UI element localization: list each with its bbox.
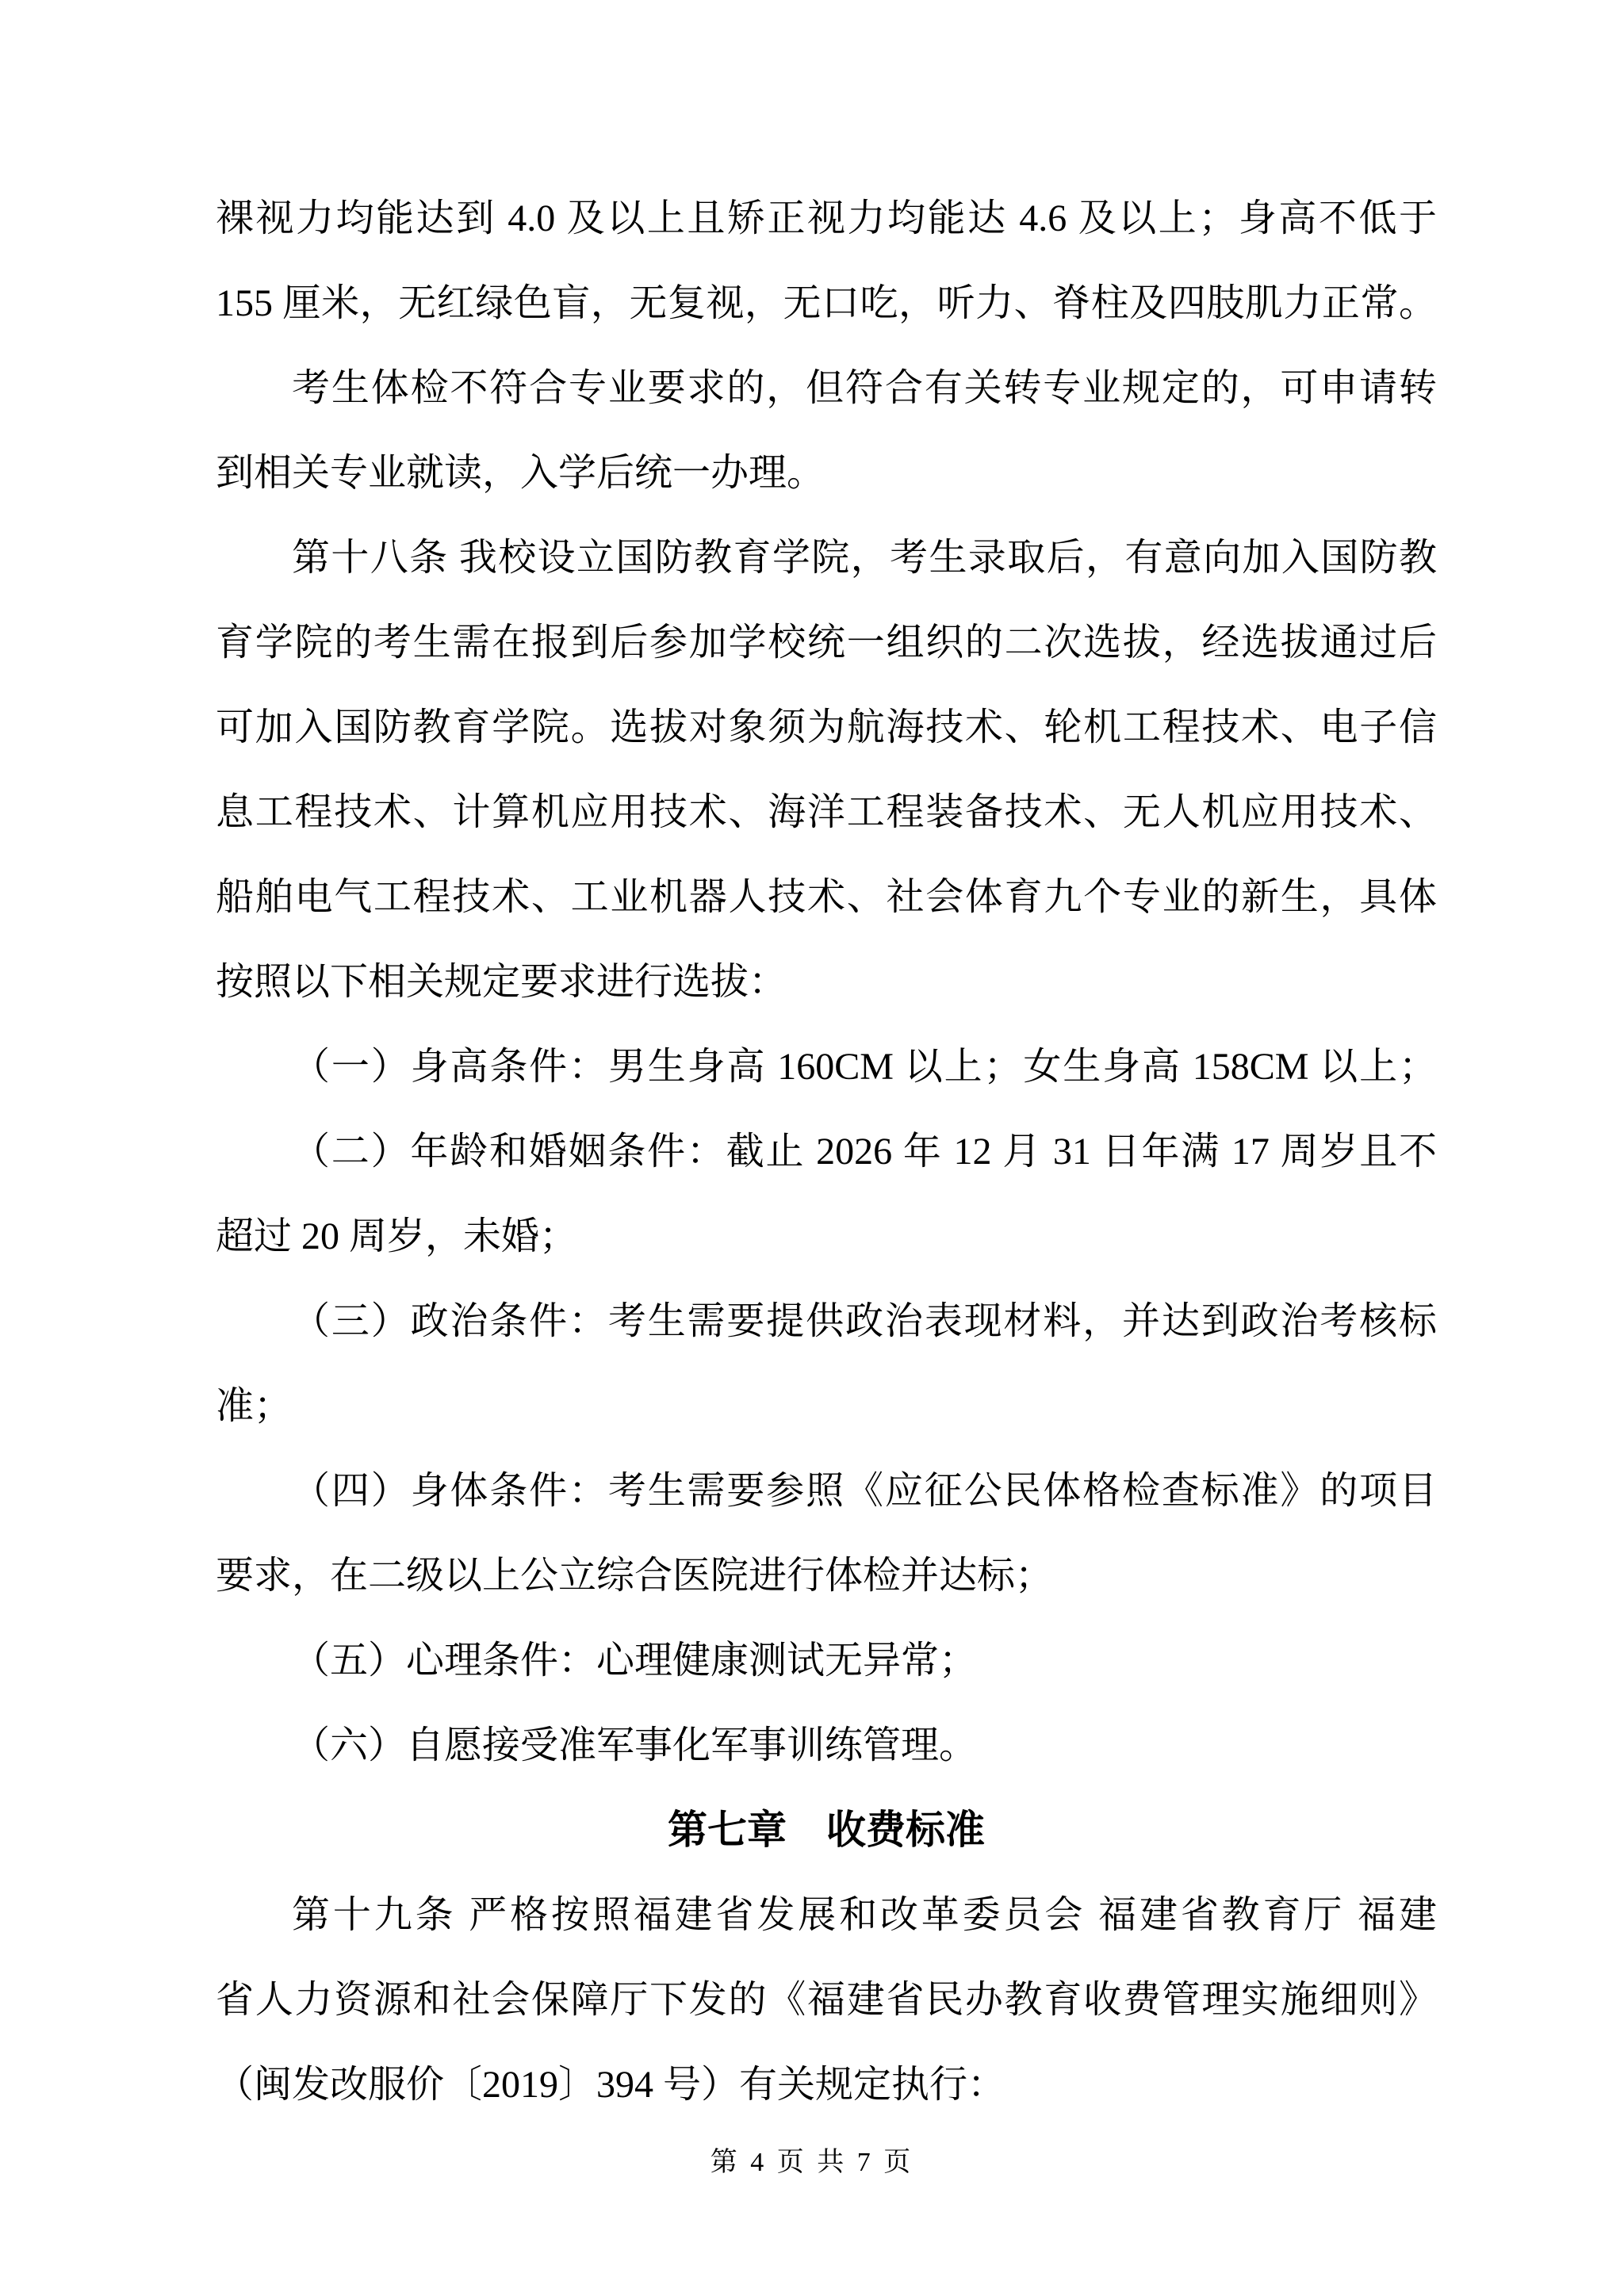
- text-line: 省人力资源和社会保障厅下发的《福建省民办教育收费管理实施细则》: [216, 1957, 1437, 2042]
- list-item-5-psychological: （五）心理条件：心理健康测试无异常；: [216, 1618, 1437, 1703]
- text-line: 第十九条 严格按照福建省发展和改革委员会 福建省教育厅 福建: [216, 1873, 1437, 1957]
- text-line: 裸视力均能达到 4.0 及以上且矫正视力均能达 4.6 及以上；身高不低于: [216, 176, 1437, 261]
- text-line: 息工程技术、计算机应用技术、海洋工程装备技术、无人机应用技术、: [216, 770, 1437, 855]
- list-item-6-training: （六）自愿接受准军事化军事训练管理。: [216, 1703, 1437, 1788]
- text-line: 超过 20 周岁，未婚；: [216, 1194, 1437, 1279]
- list-item-3-political: （三）政治条件：考生需要提供政治表现材料，并达到政治考核标: [216, 1279, 1437, 1364]
- text-line: 准；: [216, 1364, 1437, 1448]
- chapter-heading: 第七章 收费标准: [216, 1788, 1437, 1873]
- text-line: （闽发改服价〔2019〕394 号）有关规定执行：: [216, 2042, 1437, 2127]
- text-line: 考生体检不符合专业要求的，但符合有关转专业规定的，可申请转: [216, 346, 1437, 430]
- document-page: 裸视力均能达到 4.0 及以上且矫正视力均能达 4.6 及以上；身高不低于 15…: [0, 0, 1624, 2296]
- list-item-1-height: （一）身高条件：男生身高 160CM 以上；女生身高 158CM 以上；: [216, 1024, 1437, 1109]
- text-line: 到相关专业就读，入学后统一办理。: [216, 430, 1437, 515]
- text-line: 要求，在二级以上公立综合医院进行体检并达标；: [216, 1533, 1437, 1618]
- text-line: 第十八条 我校设立国防教育学院，考生录取后，有意向加入国防教: [216, 515, 1437, 600]
- page-number-footer: 第 4 页 共 7 页: [0, 2145, 1624, 2180]
- text-line: 船舶电气工程技术、工业机器人技术、社会体育九个专业的新生，具体: [216, 855, 1437, 939]
- text-line: 按照以下相关规定要求进行选拔：: [216, 939, 1437, 1024]
- text-line: 可加入国防教育学院。选拔对象须为航海技术、轮机工程技术、电子信: [216, 685, 1437, 770]
- list-item-2-age-marriage: （二）年龄和婚姻条件：截止 2026 年 12 月 31 日年满 17 周岁且不: [216, 1109, 1437, 1194]
- text-line: 155 厘米，无红绿色盲，无复视，无口吃，听力、脊柱及四肢肌力正常。: [216, 261, 1437, 346]
- text-line: 育学院的考生需在报到后参加学校统一组织的二次选拔，经选拔通过后: [216, 600, 1437, 685]
- document-body: 裸视力均能达到 4.0 及以上且矫正视力均能达 4.6 及以上；身高不低于 15…: [216, 0, 1437, 2127]
- list-item-4-physical: （四）身体条件：考生需要参照《应征公民体格检查标准》的项目: [216, 1448, 1437, 1533]
